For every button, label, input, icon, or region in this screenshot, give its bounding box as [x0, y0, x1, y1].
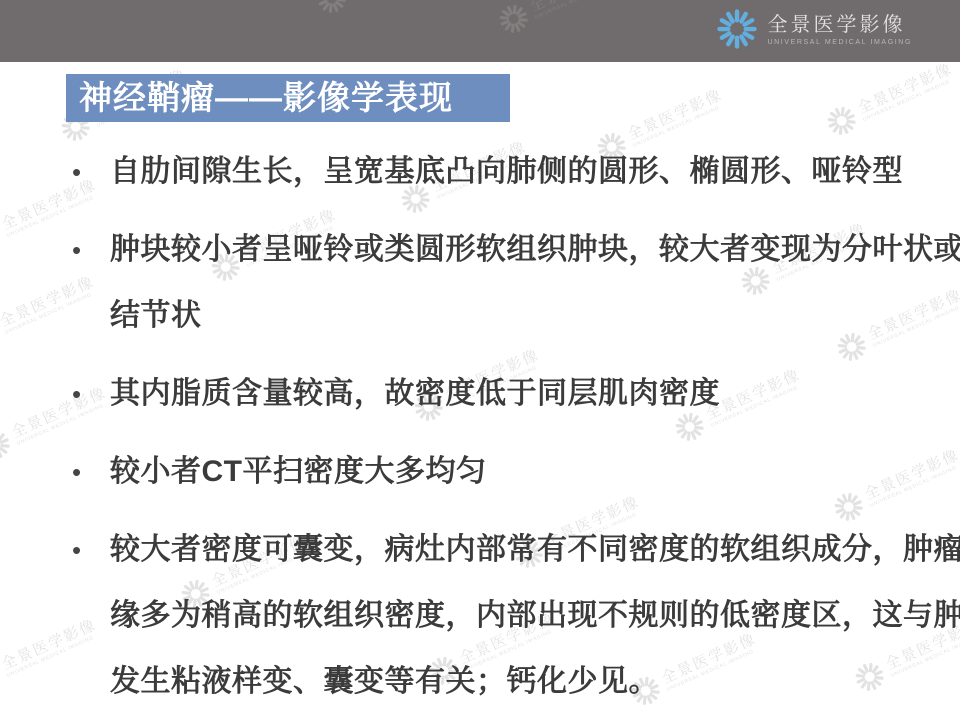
- bullet-dot: •: [72, 517, 81, 583]
- presentation-slide: 全景医学影像 UNIVERSAL MEDICAL IMAGING 全景医学影像 …: [0, 0, 960, 720]
- bullet-list: • 自肋间隙生长，呈宽基底凸向肺侧的圆形、椭圆形、哑铃型 • 肿块较小者呈哑铃或…: [0, 139, 960, 720]
- bullet-dot: •: [72, 217, 81, 283]
- bullet-dot: •: [72, 361, 81, 427]
- bullet-line: 较大者密度可囊变，病灶内部常有不同密度的软组织成分，肿瘤边: [110, 517, 960, 583]
- bullet-dot: •: [72, 439, 81, 505]
- bullet-item-1: • 自肋间隙生长，呈宽基底凸向肺侧的圆形、椭圆形、哑铃型: [0, 139, 960, 205]
- bullet-dot: •: [72, 139, 81, 205]
- bullet-item-4: • 较小者CT平扫密度大多均匀: [0, 439, 960, 505]
- bullet-item-3: • 其内脂质含量较高，故密度低于同层肌肉密度: [0, 361, 960, 427]
- bullet-item-5: • 较大者密度可囊变，病灶内部常有不同密度的软组织成分，肿瘤边 缘多为稍高的软组…: [0, 517, 960, 715]
- bullet-line: 自肋间隙生长，呈宽基底凸向肺侧的圆形、椭圆形、哑铃型: [110, 139, 960, 205]
- slide-title-box: 神经鞘瘤——影像学表现: [66, 74, 510, 122]
- bullet-line: 发生粘液样变、囊变等有关；钙化少见。: [110, 649, 960, 715]
- bullet-item-2: • 肿块较小者呈哑铃或类圆形软组织肿块，较大者变现为分叶状或者 结节状: [0, 217, 960, 349]
- bullet-line: 较小者CT平扫密度大多均匀: [110, 439, 960, 505]
- logo-gear-icon: [716, 8, 758, 50]
- watermark-gear-icon: [822, 101, 862, 141]
- watermark-text: 全景医学影像 UNIVERSAL MEDICAL IMAGING: [856, 61, 958, 123]
- bullet-line: 肿块较小者呈哑铃或类圆形软组织肿块，较大者变现为分叶状或者: [110, 217, 960, 283]
- company-logo: 全景医学影像 UNIVERSAL MEDICAL IMAGING: [716, 8, 912, 50]
- logo-subtitle: UNIVERSAL MEDICAL IMAGING: [767, 39, 912, 46]
- slide-title: 神经鞘瘤——影像学表现: [66, 74, 510, 122]
- logo-name: 全景医学影像: [767, 13, 912, 37]
- bullet-line: 缘多为稍高的软组织密度，内部出现不规则的低密度区，这与肿瘤: [110, 583, 960, 649]
- bullet-line: 结节状: [110, 283, 960, 349]
- watermark: 全景医学影像 UNIVERSAL MEDICAL IMAGING: [822, 58, 959, 141]
- logo-text-block: 全景医学影像 UNIVERSAL MEDICAL IMAGING: [767, 13, 912, 46]
- bullet-line: 其内脂质含量较高，故密度低于同层肌肉密度: [110, 361, 960, 427]
